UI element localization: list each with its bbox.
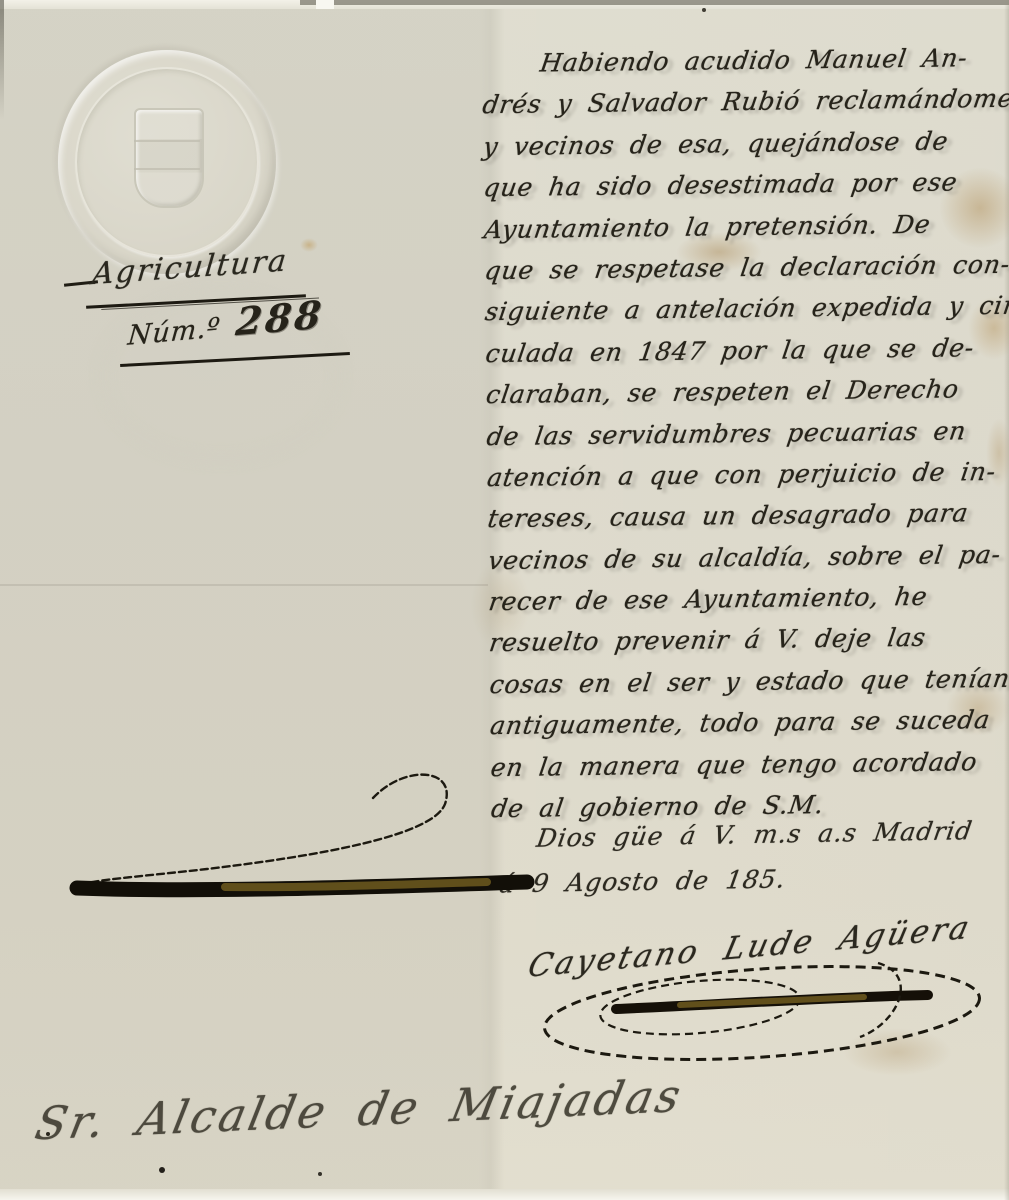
handwritten-line: recer de ese Ayuntamiento, he (485, 581, 1009, 629)
blind-embossed-seal-icon (58, 50, 276, 274)
scan-top-notch (316, 0, 334, 9)
handwritten-line: vecinos de su alcaldía, sobre el pa- (485, 539, 1009, 587)
ink-flourish-rubric (55, 760, 545, 910)
handwritten-line: cosas en el ser y estado que tenían (486, 664, 1009, 712)
handwritten-line: Ayuntamiento la pretensión. De (480, 208, 1006, 256)
handwritten-line: que se respetase la declaración con- (481, 250, 1007, 298)
letter-closing: Dios güe á V. m.s a.s Madrid á 9 Agosto … (535, 816, 972, 914)
scan-left-edge (0, 0, 4, 120)
letter-body: Habiendo acudido Manuel An-drés y Salvad… (481, 43, 1009, 836)
handwritten-line: de las servidumbres pecuarias en (483, 415, 1009, 463)
handwritten-line: atención a que con perjuicio de in- (484, 457, 1009, 505)
handwritten-line: culada en 1847 por la que se de- (482, 333, 1008, 381)
signature-rubric-flourish (530, 945, 1000, 1070)
handwritten-line: antiguamente, todo para se suceda (487, 705, 1009, 753)
date-line: á 9 Agosto de 185. (495, 861, 976, 914)
handwritten-line: claraban, se respeten el Derecho (482, 374, 1008, 422)
closing-line: Dios güe á V. m.s a.s Madrid (532, 816, 975, 869)
number-value: 288 (234, 291, 326, 344)
handwritten-line: siguiente a antelación expedida y cir- (481, 291, 1007, 339)
scan-top-shadow (300, 0, 1009, 5)
scan-bottom-edge (0, 1189, 1009, 1200)
address-line: Sr. Alcalde de Miajadas (31, 1066, 741, 1150)
handwritten-line: y vecinos de esa, quejándose de (479, 126, 1005, 174)
seal-coat-of-arms-icon (134, 108, 204, 208)
handwritten-line: Habiendo acudido Manuel An- (478, 43, 1004, 91)
scanned-letter-page: Agricultura Núm.º 288 Habiendo acudido M… (0, 0, 1009, 1200)
horizontal-fold-crease (0, 584, 488, 586)
handwritten-line: tereses, causa un desagrado para (484, 498, 1009, 546)
handwritten-line: que ha sido desestimada por ese (480, 167, 1006, 215)
handwritten-line: resuelto prevenir á V. deje las (486, 622, 1009, 670)
handwritten-line: drés y Salvador Rubió reclamándome (479, 84, 1005, 132)
number-label: Núm.º (127, 312, 222, 351)
handwritten-line: en la manera que tengo acordado (487, 746, 1009, 794)
